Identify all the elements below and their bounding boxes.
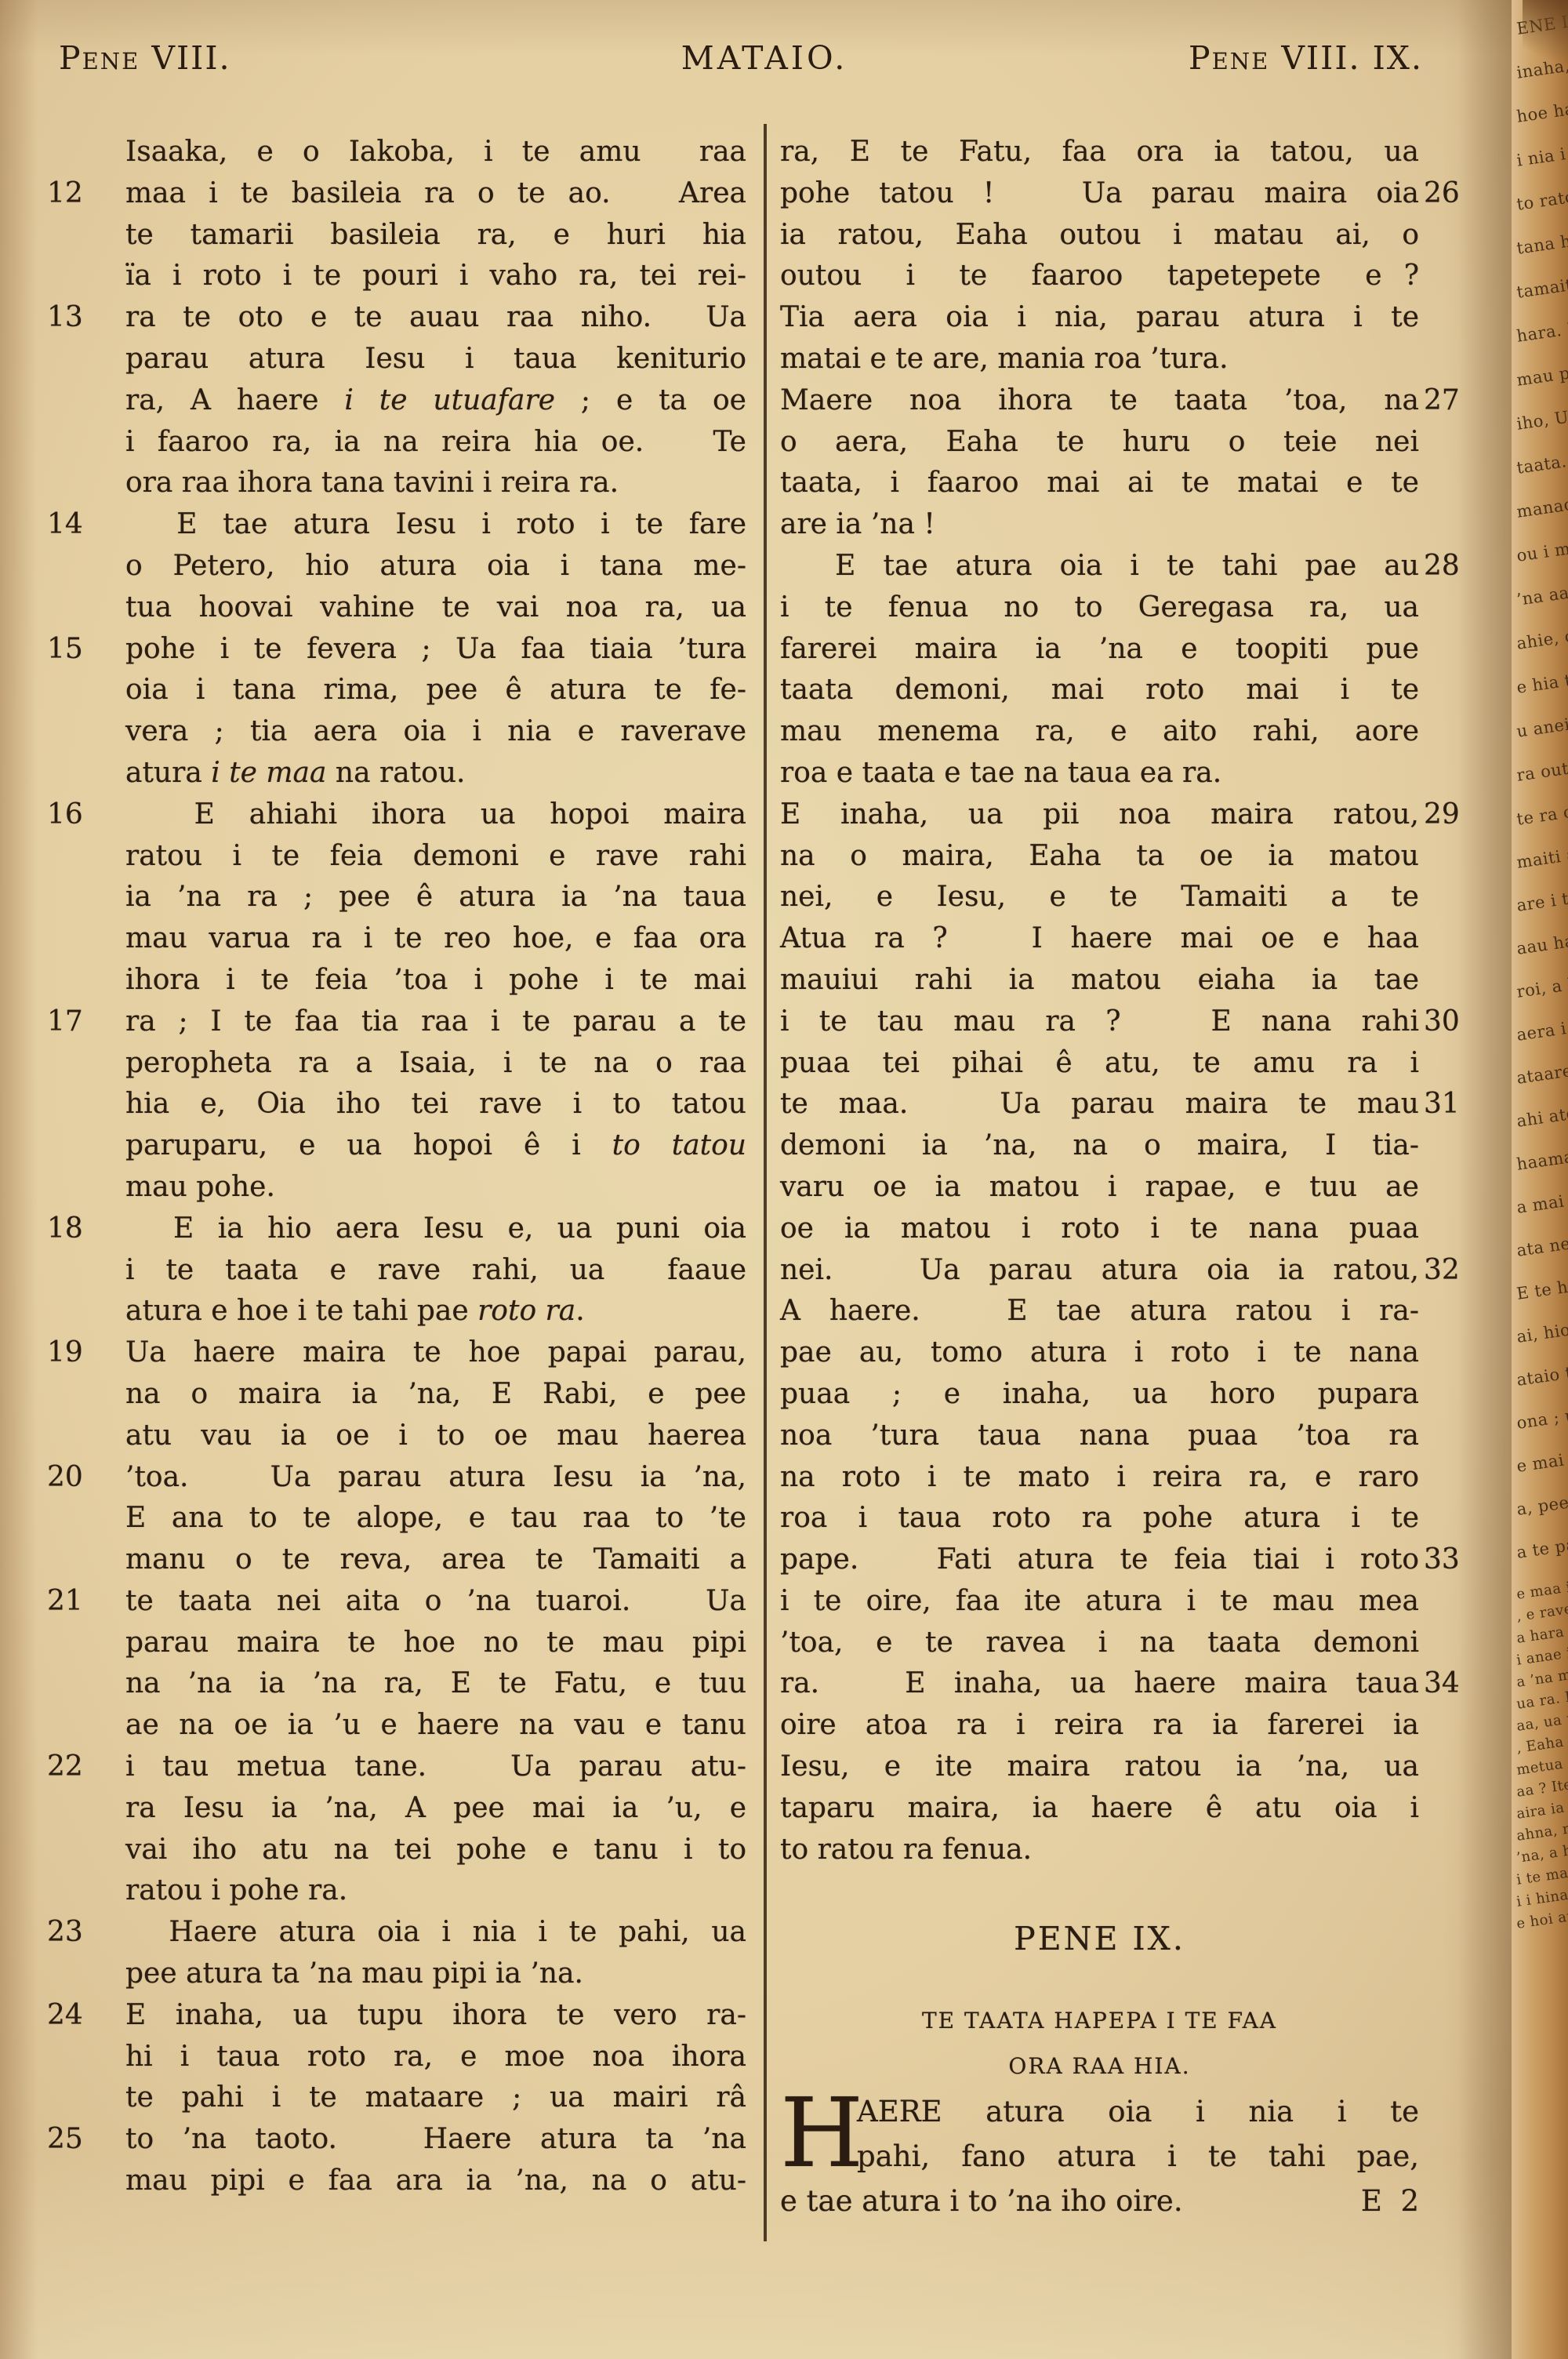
next-page-text-fragment: aera i ni	[1515, 1016, 1568, 1045]
right-text-column: ra, E te Fatu, faa ora ia tatou, uapohe …	[780, 132, 1419, 1870]
next-page-text-fragment: ahie, o te	[1515, 623, 1568, 653]
verse-text-line: i te fenua no to Geregasa ra, ua	[780, 587, 1419, 629]
verse-text-line: matai e te are, mania roa ’tura.	[780, 339, 1419, 380]
next-page-text-fragment: ra outou	[1515, 756, 1568, 785]
verse-number: 13	[47, 297, 119, 339]
column-divider-rule	[764, 124, 767, 2241]
next-page-text-fragment: ua ra. E	[1515, 1688, 1568, 1712]
next-page-text-fragment: ahi atoa ra,	[1515, 1098, 1568, 1131]
next-page-text-fragment: ’na aau ?	[1515, 580, 1568, 609]
verse-text-line: vera ; tia aera oia i nia e raverave	[125, 711, 746, 753]
verse-text-line: E ia hio aera Iesu e, ua puni oia18	[125, 1209, 746, 1250]
next-page-text-fragment: ’na, a ha	[1515, 1841, 1568, 1866]
verse-text-line: atura i te maa na ratou.	[125, 753, 746, 794]
verse-text-line: E tae atura oia i te tahi pae au28	[780, 546, 1419, 587]
next-page-text-fragment: , e rave	[1515, 1601, 1568, 1625]
verse-text-line: ’toa. Ua parau atura Iesu ia ’na,20	[125, 1457, 746, 1499]
verse-text-line: na roto i te mato i reira ra, e raro	[780, 1457, 1419, 1499]
verse-text-line: na ’na ia ’na ra, E te Fatu, e tuu	[125, 1663, 746, 1705]
verse-text-line: atu vau ia oe i to oe mau haerea	[125, 1416, 746, 1457]
verse-number: 18	[47, 1209, 119, 1250]
book-page: { "header": { "left": "Pene VIII.", "cen…	[0, 0, 1568, 2359]
verse-text-line: parau maira te hoe no te mau pipi	[125, 1623, 746, 1664]
verse-text-line: te maa. Ua parau maira te mau31	[780, 1084, 1419, 1125]
header-chapter-left: Pene VIII.	[59, 39, 231, 77]
verse-text-line: parau atura Iesu i taua keniturio	[125, 339, 746, 380]
verse-number: 16	[47, 794, 119, 836]
verse-text-line: oire atoa ra i reira ra ia farerei ia	[780, 1705, 1419, 1747]
verse-text-line: roa e taata e tae na taua ea ra.	[780, 753, 1419, 794]
verse-text-line: ratou i pohe ra.	[125, 1870, 746, 1912]
next-page-text-fragment: manao, e u	[1515, 489, 1568, 522]
verse-number: 17	[47, 1001, 119, 1043]
verse-text-line: atura e hoe i te tahi pae roto ra.	[125, 1291, 746, 1332]
verse-number: 24	[47, 1995, 119, 2037]
verse-text-line: nei, e Iesu, e te Tamaiti a te	[780, 877, 1419, 918]
verse-text-line: pohe i te fevera ; Ua faa tiaia ’tura15	[125, 629, 746, 671]
next-page-text-fragment: a mai i te	[1515, 1187, 1568, 1216]
verse-text-line: oe ia matou i roto i te nana puaa	[780, 1209, 1419, 1250]
next-page-text-fragment: metua e t	[1515, 1752, 1568, 1778]
verse-text-line: ia ’na ra ; pee ê atura ia ’na taua	[125, 877, 746, 918]
verse-text-line: E tae atura Iesu i roto i te fare14	[125, 504, 746, 546]
header-chapter-right: Pene VIII. IX.	[1189, 39, 1423, 77]
next-page-text-fragment: hara. E	[1515, 318, 1568, 346]
next-page-text-fragment: i nia i te	[1515, 141, 1568, 170]
verse-text-line: varu oe ia matou i rapae, e tuu ae	[780, 1167, 1419, 1209]
verse-text-line: na o maira, Eaha ta oe ia matou	[780, 836, 1419, 878]
verse-text-line: E ana to te alope, e tau raa to ’te	[125, 1498, 746, 1539]
verse-text-line: vai iho atu na tei pohe e tanu i to	[125, 1830, 746, 1871]
chapter-paragraph-text: e tae atura i to ’na iho oire.	[780, 2179, 1183, 2223]
chapter-subtitle-line: TE TAATA HAPEPA I TE FAA	[780, 1998, 1419, 2044]
verse-text-line: pape. Fati atura te feia tiai i roto33	[780, 1539, 1419, 1581]
next-page-text-fragment: te ra ca	[1515, 801, 1568, 829]
next-page-text-fragment: E te haere	[1515, 1272, 1568, 1303]
next-page-text-fragment: e mai ia ’	[1515, 1446, 1568, 1476]
verse-text-line: mau menema ra, e aito rahi, aore	[780, 711, 1419, 753]
next-page-text-fragment: are i te hara	[1515, 881, 1568, 915]
verse-text-line: ïa i roto i te pouri i vaho ra, tei rei-	[125, 256, 746, 297]
next-page-text-fragment: ai, hio mai	[1515, 1315, 1568, 1347]
fore-edge-next-page-strip: ENE IX.inaha, uhoe hapei nia i teto rato…	[1512, 0, 1568, 2359]
verse-text-line: noa ’tura taua nana puaa ’toa ra	[780, 1416, 1419, 1457]
next-page-text-fragment: aa ? Ite a	[1515, 1775, 1568, 1801]
verse-text-line: ra Iesu ia ’na, A pee mai ia ’u, e	[125, 1788, 746, 1830]
verse-number: 12	[47, 173, 119, 215]
next-page-text-fragment: a, pee at	[1515, 1490, 1568, 1519]
chapter-subtitle: TE TAATA HAPEPA I TE FAAORA RAA HIA.	[780, 1998, 1419, 2089]
verse-text-line: ia ratou, Eaha outou i matau ai, o	[780, 215, 1419, 256]
verse-text-line: puaa ; e inaha, ua horo pupara	[780, 1374, 1419, 1416]
verse-text-line: ra ; I te faa tia raa i te parau a te17	[125, 1001, 746, 1043]
next-page-text-fragment: ahna, no	[1515, 1819, 1568, 1845]
verse-text-line: te tamarii basileia ra, e huri hia	[125, 215, 746, 256]
verse-text-line: mau pipi e faa ara ia ’na, na o atu-	[125, 2161, 746, 2202]
next-page-text-fragment: e hoi au	[1515, 1907, 1568, 1932]
next-page-text-fragment: maiti a te	[1515, 841, 1568, 872]
verse-text-line: na o maira ia ’na, E Rabi, e pee	[125, 1374, 746, 1416]
verse-text-line: ’toa, e te ravea i na taata demoni	[780, 1623, 1419, 1664]
verse-text-line: i te taata e rave rahi, ua faaue	[125, 1250, 746, 1292]
verse-text-line: Atua ra ? I haere mai oe e haa	[780, 918, 1419, 960]
verse-text-line: hia e, Oia iho tei rave i to tatou	[125, 1084, 746, 1125]
next-page-text-fragment: ataare.	[1515, 1060, 1568, 1088]
next-page-text-fragment: a ’na mau	[1515, 1664, 1568, 1691]
verse-text-line: o Petero, hio atura oia i tana me-	[125, 546, 746, 587]
next-page-text-fragment: u anei, A	[1515, 711, 1568, 740]
header-book-title: MATAIO.	[681, 39, 848, 77]
verse-text-line: taparu maira, ia haere ê atu oia i	[780, 1788, 1419, 1830]
verse-text-line: hi i taua roto ra, e moe noa ihora	[125, 2037, 746, 2078]
chapter-paragraph-line: AERE atura oia i nia i te	[780, 2089, 1419, 2134]
page-crease-shadow	[1458, 0, 1512, 2359]
verse-text-line: roa i taua roto ra pohe atura i te	[780, 1498, 1419, 1539]
verse-text-line: ae na oe ia ’u e haere na vau e tanu	[125, 1705, 746, 1747]
verse-text-line: tua hoovai vahine te vai noa ra, ua	[125, 587, 746, 629]
verse-text-line: nei. Ua parau atura oia ia ratou,32	[780, 1250, 1419, 1292]
verse-text-line: A haere. E tae atura ratou i ra-	[780, 1291, 1419, 1332]
next-page-text-fragment: , Eaha i	[1515, 1732, 1568, 1757]
verse-text-line: pohe tatou ! Ua parau maira oia26	[780, 173, 1419, 215]
verse-text-line: i te oire, faa ite atura i te mau mea	[780, 1581, 1419, 1623]
chapter-opening-paragraph: H AERE atura oia i nia i tepahi, fano at…	[780, 2089, 1419, 2223]
verse-text-line: ra, A haere i te utuafare ; e ta oe	[125, 380, 746, 422]
verse-number: 22	[47, 1747, 119, 1788]
verse-text-line: Isaaka, e o Iakoba, i te amu raa	[125, 132, 746, 173]
verse-text-line: i faaroo ra, ia na reira hia oe. Te	[125, 422, 746, 463]
next-page-text-fragment: taata. Ua	[1515, 448, 1568, 478]
next-page-text-fragment: to ratou	[1515, 186, 1568, 214]
next-page-text-fragment: a te par	[1515, 1534, 1568, 1562]
verse-text-line: maa i te basileia ra o te ao. Area12	[125, 173, 746, 215]
verse-text-line: taata, i faaroo mai ai te matai e te	[780, 463, 1419, 504]
verse-text-line: te taata nei aita o ’na tuaroi. Ua21	[125, 1581, 746, 1623]
verse-text-line: Iesu, e ite maira ratou ia ’na, ua	[780, 1747, 1419, 1788]
next-page-text-fragment: ataio te io	[1515, 1358, 1568, 1389]
verse-text-line: paruparu, e ua hopoi ê i to tatou	[125, 1125, 746, 1167]
verse-text-line: are ia ’na !	[780, 504, 1419, 546]
verse-text-line: i te tau mau ra ? E nana rahi30	[780, 1001, 1419, 1043]
next-page-text-fragment: e hia ta	[1515, 669, 1568, 696]
verse-number: 19	[47, 1332, 119, 1374]
verse-text-line: mauiui rahi ia matou eiaha ia tae	[780, 960, 1419, 1001]
verse-text-line: to ratou ra fenua.	[780, 1830, 1419, 1871]
verse-text-line: Ua haere maira te hoe papai parau,19	[125, 1332, 746, 1374]
verse-text-line: E inaha, ua tupu ihora te vero ra-24	[125, 1995, 746, 2037]
next-page-text-fragment: tamaiti, u	[1515, 271, 1568, 302]
verse-text-line: i tau metua tane. Ua parau atu-22	[125, 1747, 746, 1788]
verse-number: 15	[47, 629, 119, 671]
next-page-text-fragment: tana hape	[1515, 227, 1568, 258]
verse-text-line: pae au, tomo atura i roto i te nana	[780, 1332, 1419, 1374]
printer-signature-mark: E 2	[1361, 2179, 1419, 2223]
verse-text-line: taata demoni, mai roto mai i te	[780, 670, 1419, 711]
verse-text-line: outou i te faaroo tapetepete e ?	[780, 256, 1419, 297]
verse-number: 20	[47, 1457, 119, 1499]
verse-text-line: ra, E te Fatu, faa ora ia tatou, ua	[780, 132, 1419, 173]
left-text-column: Isaaka, e o Iakoba, i te amu raamaa i te…	[125, 132, 746, 2202]
verse-number: 23	[47, 1912, 119, 1954]
verse-text-line: to ’na taoto. Haere atura ta ’na25	[125, 2119, 746, 2161]
verse-text-line: mau pohe.	[125, 1167, 746, 1209]
verse-number: 25	[47, 2119, 119, 2161]
next-page-text-fragment: haamaitai	[1515, 1143, 1568, 1174]
next-page-text-fragment: i anae ih	[1515, 1643, 1568, 1668]
verse-text-line: mau varua ra i te reo hoe, e faa ora	[125, 918, 746, 960]
corner-shadow	[1523, 0, 1568, 78]
verse-text-line: ra te oto e te auau raa niho. Ua13	[125, 297, 746, 339]
next-page-text-fragment: mau papa	[1515, 359, 1568, 390]
next-page-text-fragment: hoe hape	[1515, 96, 1568, 126]
next-page-text-fragment: ona ; ua	[1515, 1405, 1568, 1433]
verse-text-line: pee atura ta ’na mau pipi ia ’na.	[125, 1954, 746, 1995]
verse-text-line: oia i tana rima, pee ê atura te fe-	[125, 670, 746, 711]
chapter-paragraph-line: e tae atura i to ’na iho oire.E 2	[780, 2179, 1419, 2223]
verse-text-line: demoni ia ’na, na o maira, I tia-	[780, 1125, 1419, 1167]
verse-text-line: Maere noa ihora te taata ’toa, na27	[780, 380, 1419, 422]
next-page-text-fragment: a hara i	[1515, 1623, 1568, 1647]
verse-text-line: Haere atura oia i nia i te pahi, ua23	[125, 1912, 746, 1954]
next-page-text-fragment: ata nei.	[1515, 1232, 1568, 1259]
chapter-subtitle-line: ORA RAA HIA.	[780, 2044, 1419, 2089]
verse-text-line: peropheta ra a Isaia, i te na o raa	[125, 1043, 746, 1085]
next-page-text-fragment: i te maa	[1515, 1863, 1568, 1888]
verse-text-line: E ahiahi ihora ua hopoi maira16	[125, 794, 746, 836]
chapter-heading: PENE IX.	[780, 1920, 1419, 1957]
next-page-text-fragment: ou i mana	[1515, 535, 1568, 565]
verse-number: 14	[47, 504, 119, 546]
running-header: Pene VIII. MATAIO. Pene VIII. IX.	[59, 39, 1470, 88]
next-page-text-fragment: roi, a haer	[1515, 970, 1568, 1001]
next-page-text-fragment: i i hina	[1515, 1887, 1568, 1910]
verse-text-line: E inaha, ua pii noa maira ratou,29	[780, 794, 1419, 836]
verse-text-line: te pahi i te mataare ; ua mairi râ	[125, 2077, 746, 2119]
verse-text-line: o aera, Eaha te huru o teie nei	[780, 422, 1419, 463]
verse-text-line: ora raa ihora tana tavini i reira ra.	[125, 463, 746, 504]
verse-text-line: ratou i te feia demoni e rave rahi	[125, 836, 746, 878]
chapter-paragraph-line: pahi, fano atura i te tahi pae,	[780, 2134, 1419, 2179]
verse-text-line: ihora i te feia ’toa i pohe i te mai	[125, 960, 746, 1001]
verse-number: 21	[47, 1581, 119, 1623]
verse-text-line: Tia aera oia i nia, parau atura i te	[780, 297, 1419, 339]
verse-text-line: ra. E inaha, ua haere maira taua34	[780, 1663, 1419, 1705]
verse-text-line: farerei maira ia ’na e toopiti pue	[780, 629, 1419, 671]
verse-text-line: puaa tei pihai ê atu, te amu ra i	[780, 1043, 1419, 1085]
next-page-text-fragment: e maa i	[1515, 1579, 1568, 1603]
next-page-text-fragment: aau hapepa	[1515, 925, 1568, 958]
verse-text-line: manu o te reva, area te Tamaiti a	[125, 1539, 746, 1581]
next-page-text-fragment: iho, Ua f	[1515, 405, 1568, 434]
